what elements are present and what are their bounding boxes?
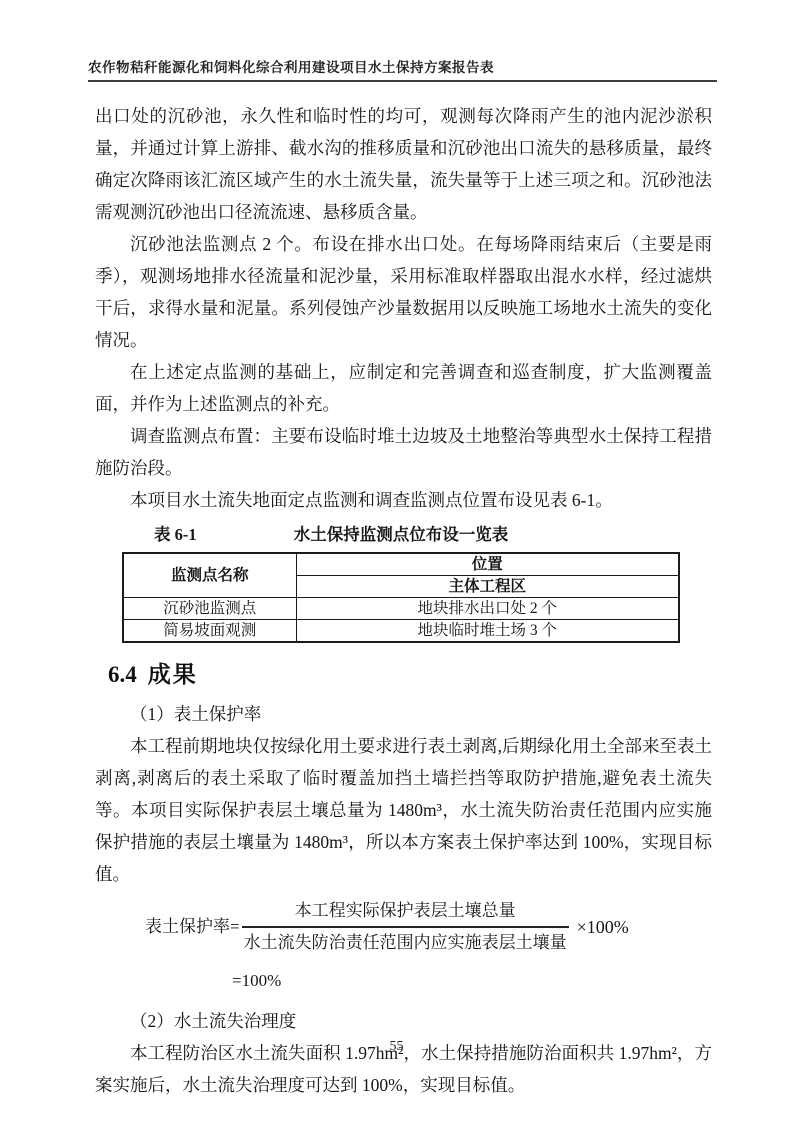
section-heading-results: 6.4成果 [108, 658, 712, 691]
table-row: 沉砂池监测点 地块排水出口处 2 个 [123, 598, 679, 620]
table-caption-title: 水土保持监测点位布设一览表 [294, 525, 509, 544]
col-header-point-name: 监测点名称 [123, 553, 296, 598]
document-header: 农作物秸秆能源化和饲料化综合利用建设项目水土保持方案报告表 [88, 56, 717, 82]
section-title: 成果 [148, 661, 198, 687]
formula-numerator: 本工程实际保护表层土壤总量 [242, 899, 569, 928]
paragraph-sediment-pond: 出口处的沉砂池，永久性和临时性的均可，观测每次降雨产生的池内泥沙淤积量，并通过计… [95, 100, 712, 228]
paragraph-topsoil-protection: 本工程前期地块仅按绿化用土要求进行表土剥离,后期绿化用土全部来至表土剥离,剥离后… [95, 730, 712, 890]
document-body: 出口处的沉砂池，永久性和临时性的均可，观测每次降雨产生的池内泥沙淤积量，并通过计… [95, 100, 712, 1101]
table-header-row-1: 监测点名称 位置 [123, 553, 679, 576]
item-1-topsoil-rate-label: （1）表土保护率 [95, 698, 712, 730]
paragraph-survey-layout: 调查监测点布置：主要布设临时堆土边坡及土地整治等典型水土保持工程措施防治段。 [95, 420, 712, 484]
paragraph-monitor-points: 沉砂池法监测点 2 个。布设在排水出口处。在每场降雨结束后（主要是雨季），观测场… [95, 228, 712, 356]
topsoil-protection-formula: 表土保护率= 本工程实际保护表层土壤总量 水土流失防治责任范围内应实施表层土壤量… [145, 899, 712, 955]
monitoring-points-table: 监测点名称 位置 主体工程区 沉砂池监测点 地块排水出口处 2 个 简易坡面观测… [122, 552, 680, 643]
table-caption-label: 表 6-1 [154, 522, 197, 548]
col-header-main-area: 主体工程区 [296, 576, 679, 598]
cell-point-location: 地块排水出口处 2 个 [296, 598, 679, 620]
cell-point-location: 地块临时堆土场 3 个 [296, 620, 679, 643]
cell-point-name: 沉砂池监测点 [123, 598, 296, 620]
document-page: 农作物秸秆能源化和饲料化综合利用建设项目水土保持方案报告表 出口处的沉砂池，永久… [0, 0, 793, 1122]
table-caption: 表 6-1 水土保持监测点位布设一览表 [122, 522, 680, 548]
section-number: 6.4 [108, 662, 137, 687]
formula-fraction: 本工程实际保护表层土壤总量 水土流失防治责任范围内应实施表层土壤量 [242, 899, 569, 955]
col-header-location: 位置 [296, 553, 679, 576]
formula-result: =100% [232, 965, 712, 997]
formula-multiplier: ×100% [577, 911, 629, 943]
paragraph-survey-system: 在上述定点监测的基础上，应制定和完善调查和巡查制度，扩大监测覆盖面，并作为上述监… [95, 356, 712, 420]
item-2-control-degree-label: （2）水土流失治理度 [95, 1005, 712, 1037]
document-header-title: 农作物秸秆能源化和饲料化综合利用建设项目水土保持方案报告表 [88, 60, 494, 75]
page-number: 55 [0, 1039, 793, 1055]
paragraph-table-reference: 本项目水土流失地面定点监测和调查监测点位置布设见表 6-1。 [95, 484, 712, 516]
formula-denominator: 水土流失防治责任范围内应实施表层土壤量 [242, 928, 569, 955]
cell-point-name: 简易坡面观测 [123, 620, 296, 643]
formula-lhs: 表土保护率= [145, 911, 240, 943]
table-row: 简易坡面观测 地块临时堆土场 3 个 [123, 620, 679, 643]
